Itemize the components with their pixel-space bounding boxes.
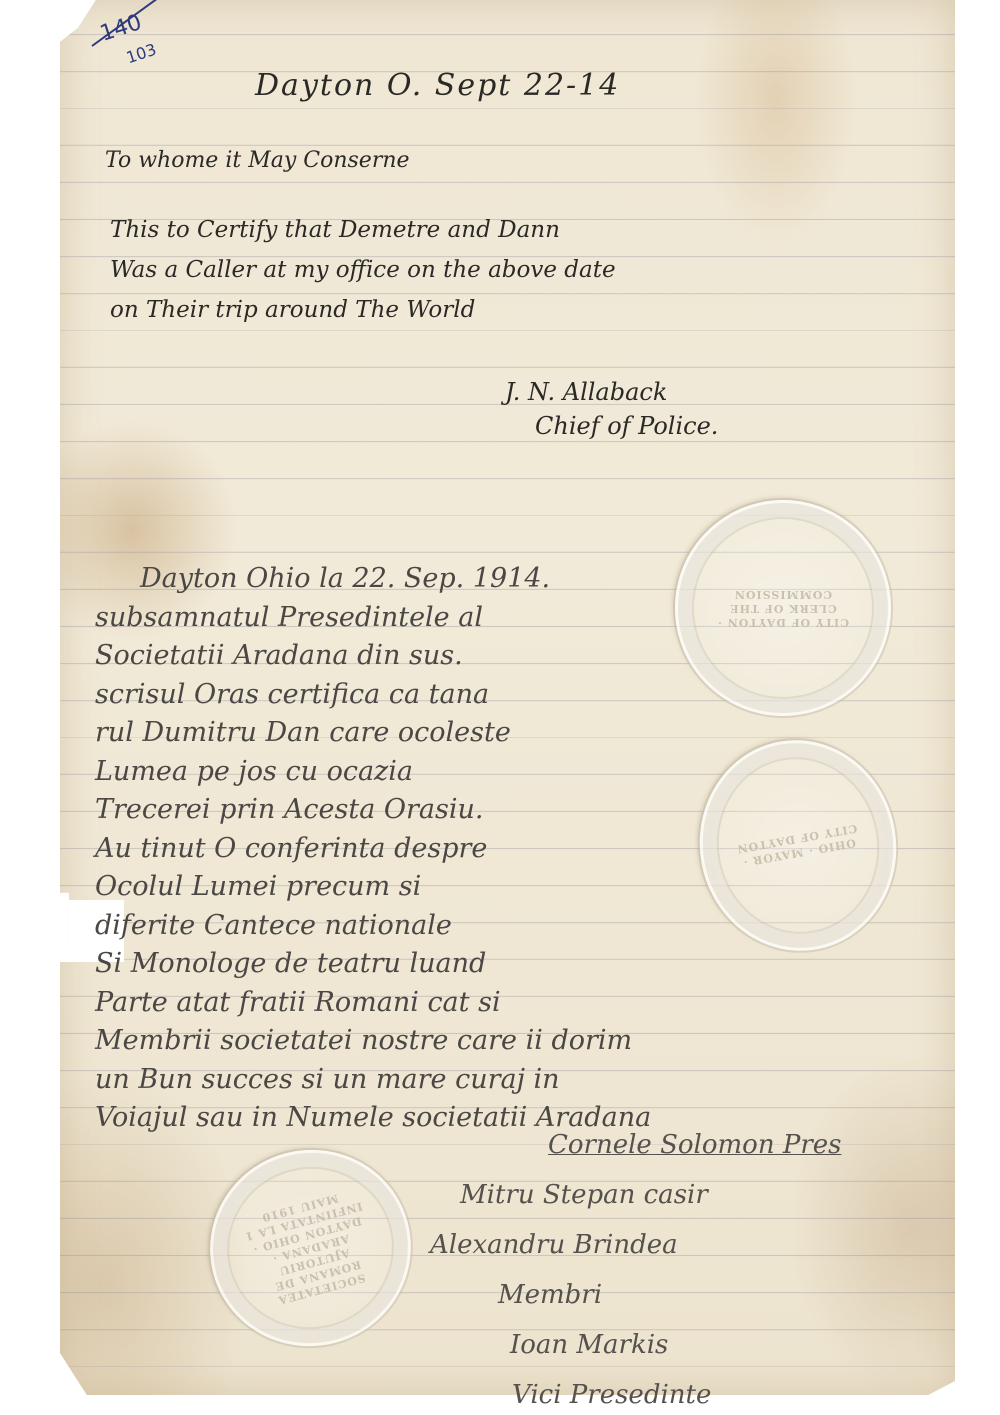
english-dateline: Dayton O. Sept 22-14 xyxy=(255,68,620,103)
vice-president-label: Vici Presedinte xyxy=(430,1370,841,1415)
romanian-body-line: Parte atat fratii Romani cat si xyxy=(95,984,651,1023)
romanian-body-line: Si Monologe de teatru luand xyxy=(95,945,651,984)
english-body: This to Certify that Demetre and Dann Wa… xyxy=(110,210,616,330)
police-chief-signature: J. N. Allaback Chief of Police. xyxy=(505,375,718,443)
city-of-dayton-seal: CITY OF DAYTON · CLERK OF THE COMMISSION xyxy=(675,500,891,716)
romanian-body-line: Trecerei prin Acesta Orasiu. xyxy=(95,791,651,830)
romanian-body-line: Lumea pe jos cu ocazia xyxy=(95,753,651,792)
english-salutation: To whome it May Conserne xyxy=(105,148,410,173)
archive-number-top: 140 xyxy=(97,10,145,47)
english-body-line: on Their trip around The World xyxy=(110,290,616,330)
romanian-body-line: Membrii societatei nostre care ii dorim xyxy=(95,1022,651,1061)
romanian-body-line: scrisul Oras certifica ca tana xyxy=(95,676,651,715)
archive-number-bottom: 103 xyxy=(124,40,159,68)
romanian-body-line: subsamnatul Presedintele al xyxy=(95,599,651,638)
romanian-body-line: rul Dumitru Dan care ocoleste xyxy=(95,714,651,753)
president-signature: Cornele Solomon Pres xyxy=(430,1120,841,1170)
romanian-body-line: diferite Cantece nationale xyxy=(95,907,651,946)
english-body-line: This to Certify that Demetre and Dann xyxy=(110,210,616,250)
cashier-signature: Mitru Stepan casir xyxy=(430,1170,841,1220)
seal-text: OHIO · MAYOR · CITY OF DAYTON xyxy=(687,728,910,963)
society-signatures: Cornele Solomon Pres Mitru Stepan casir … xyxy=(430,1120,841,1415)
romanian-body-line: Societatii Aradana din sus. xyxy=(95,637,651,676)
romanian-dateline: Dayton Ohio la 22. Sep. 1914. xyxy=(95,560,651,599)
signature-title: Chief of Police. xyxy=(505,409,718,443)
english-body-line: Was a Caller at my office on the above d… xyxy=(110,250,616,290)
romanian-body-line: un Bun succes si un mare curaj in xyxy=(95,1061,651,1100)
romanian-body-line: Ocolul Lumei precum si xyxy=(95,868,651,907)
member-signature: Alexandru Brindea xyxy=(430,1220,841,1270)
mayor-seal: OHIO · MAYOR · CITY OF DAYTON xyxy=(683,725,913,967)
vice-president-signature: Ioan Markis xyxy=(430,1320,841,1370)
romanian-body-line: Au tinut O conferinta despre xyxy=(95,830,651,869)
seal-text: CITY OF DAYTON · CLERK OF THE COMMISSION xyxy=(678,503,888,713)
archive-number: 140 103 xyxy=(92,10,182,70)
signature-name: J. N. Allaback xyxy=(505,375,718,409)
members-label: Membri xyxy=(430,1270,841,1320)
romanian-body: Dayton Ohio la 22. Sep. 1914. subsamnatu… xyxy=(95,560,651,1138)
